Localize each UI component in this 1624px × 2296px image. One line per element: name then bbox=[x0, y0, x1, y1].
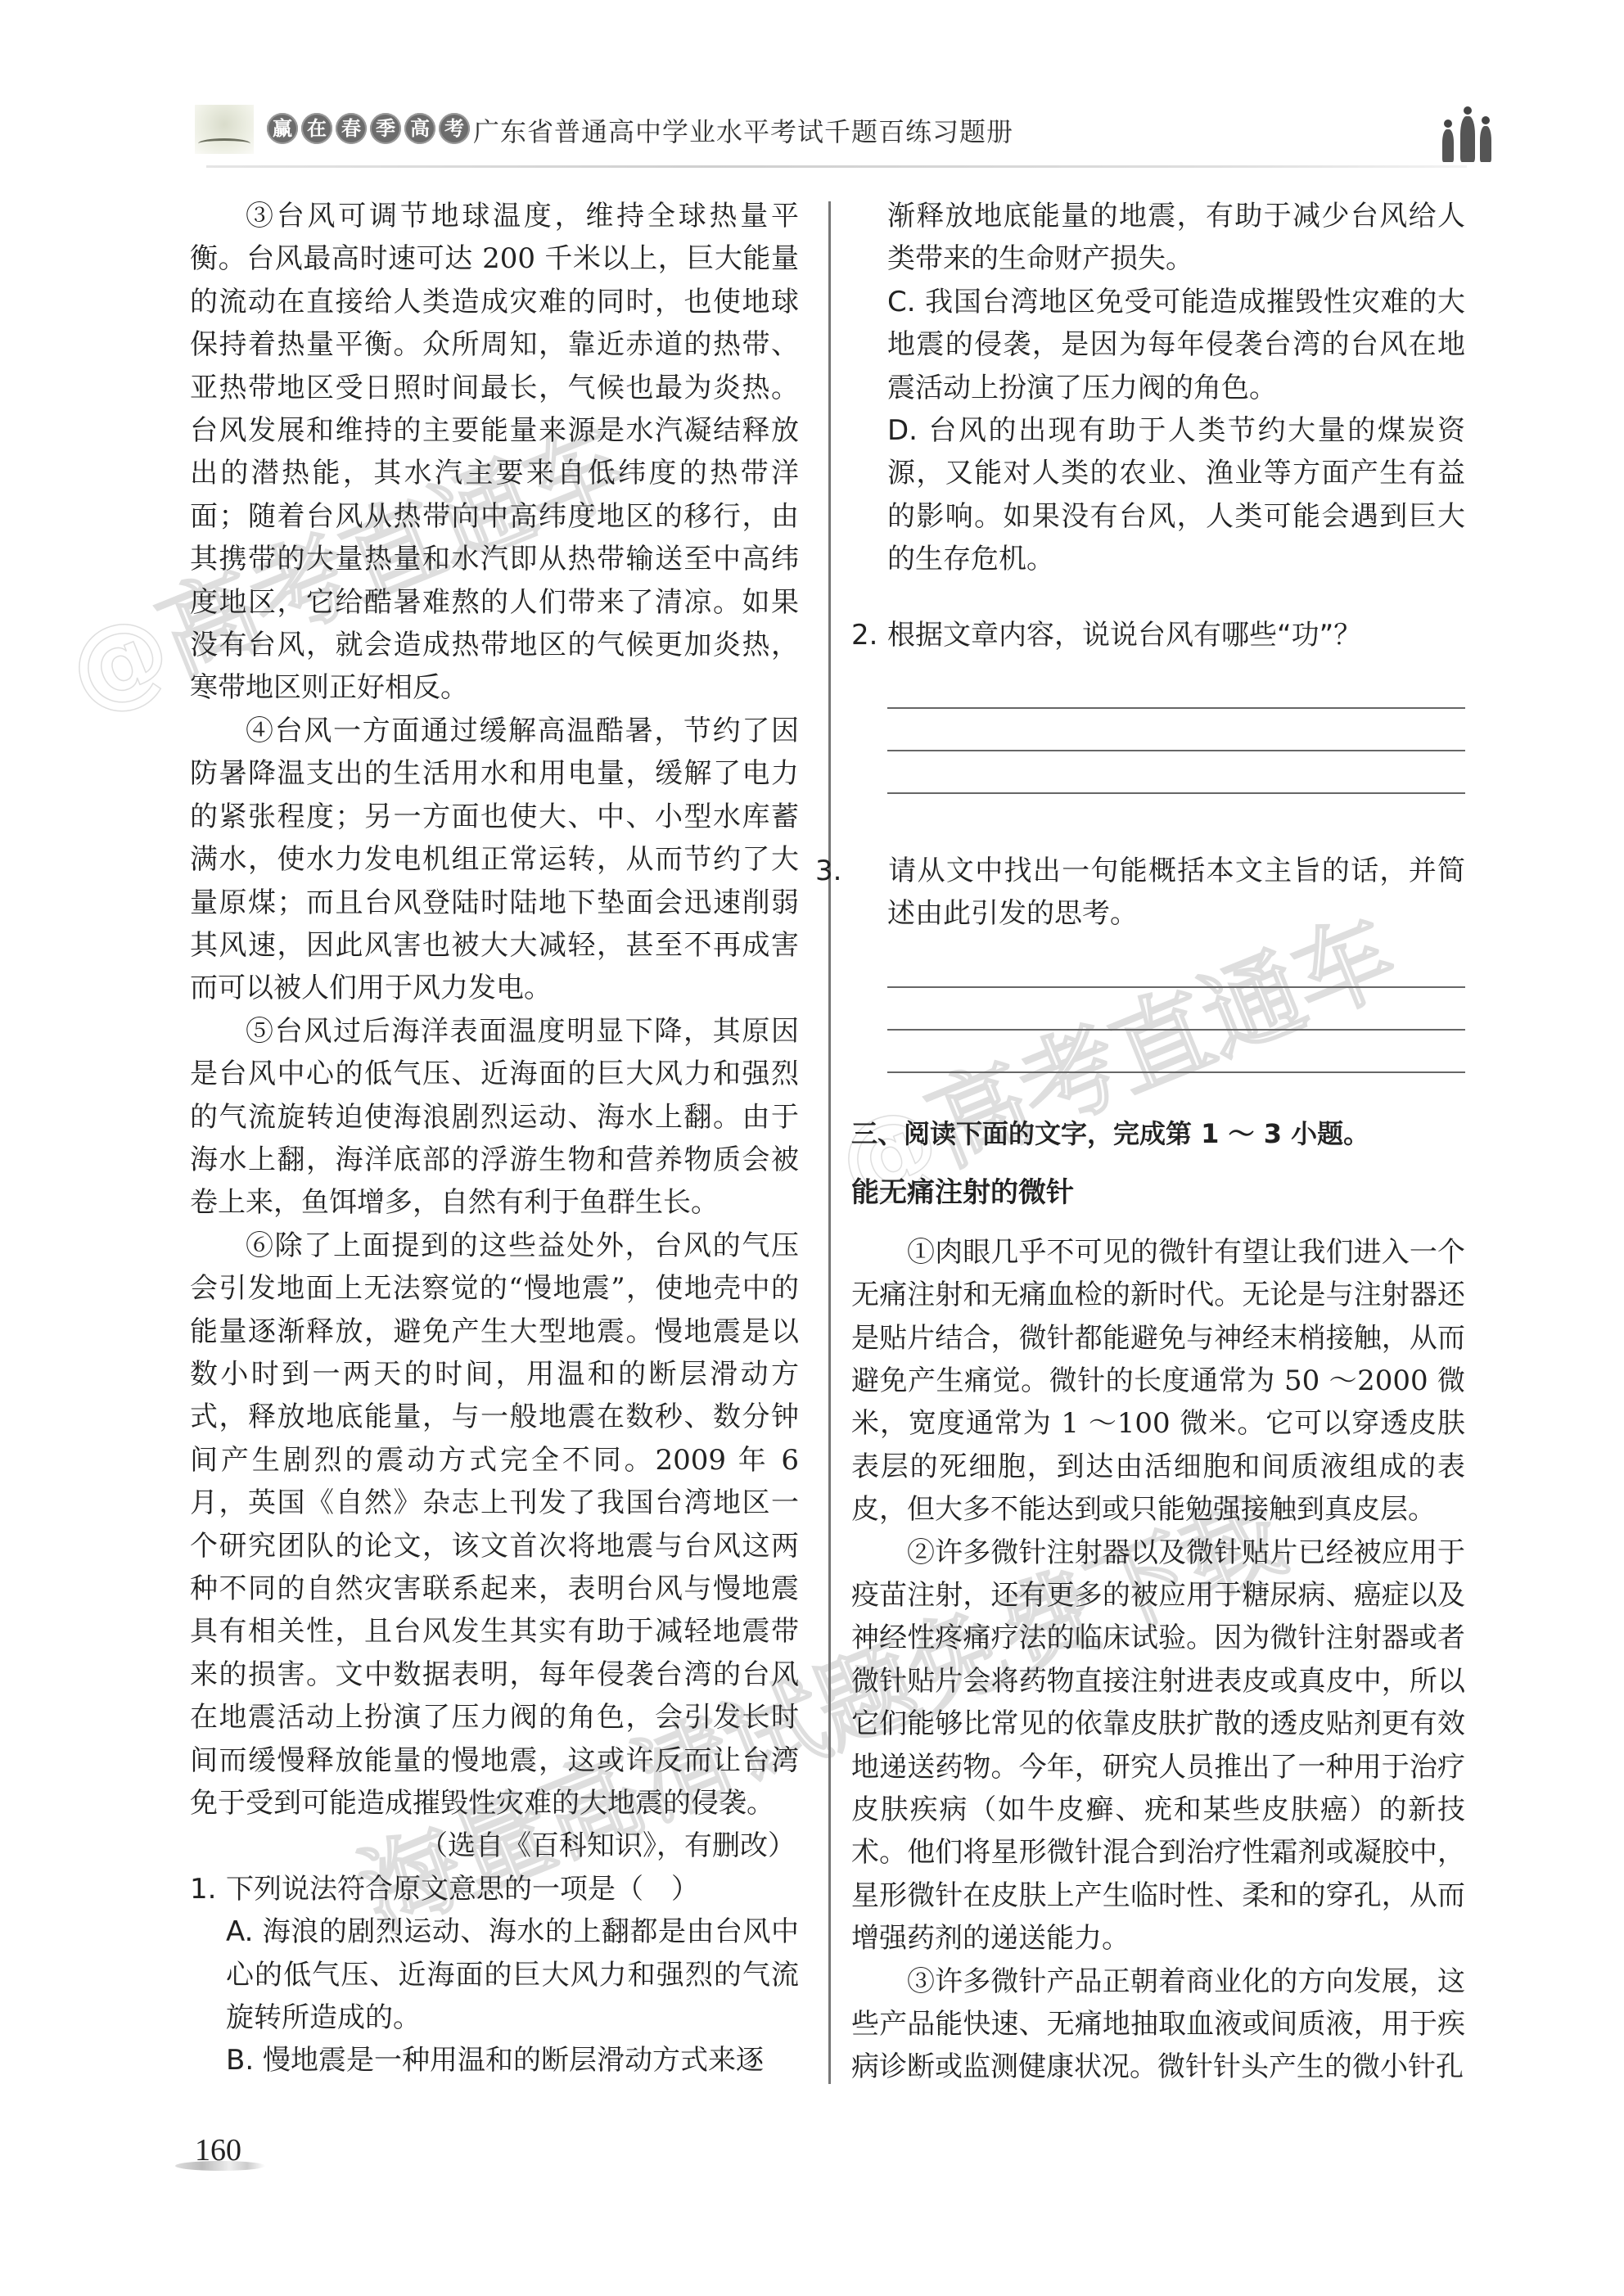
page-header: 赢 在 春 季 高 考 广东省普通高中学业水平考试千题百练习题册 bbox=[195, 97, 1504, 170]
option-label: D. bbox=[887, 414, 918, 447]
answer-line[interactable] bbox=[887, 673, 1465, 715]
right-column: 渐释放地底能量的地震，有助于减少台风给人类带来的生命财产损失。 C. 我国台湾地… bbox=[851, 195, 1465, 2089]
footer-ornament-icon bbox=[175, 2161, 265, 2171]
runners-icon bbox=[1439, 103, 1496, 162]
option-label: A. bbox=[226, 1915, 253, 1948]
answer-line[interactable] bbox=[887, 715, 1465, 758]
option-d[interactable]: D. 台风的出现有助于人类节约大量的煤炭资源，又能对人类的农业、渔业等方面产生有… bbox=[851, 409, 1465, 581]
option-c[interactable]: C. 我国台湾地区免受可能造成摧毁性灾难的大地震的侵袭，是因为每年侵袭台湾的台风… bbox=[851, 281, 1465, 409]
question-1: 1.下列说法符合原文意思的一项是（ ） A. 海浪的剧烈运动、海水的上翻都是由台… bbox=[190, 1868, 799, 2082]
badge-char: 季 bbox=[370, 113, 401, 144]
question-stem: 下列说法符合原文意思的一项是（ ） bbox=[226, 1873, 699, 1906]
question-number: 1. bbox=[190, 1868, 226, 1910]
option-b[interactable]: B. 慢地震是一种用温和的断层滑动方式来逐 bbox=[190, 2039, 799, 2082]
article-paragraph-1: ①肉眼几乎不可见的微针有望让我们进入一个无痛注射和无痛血检的新时代。无论是与注射… bbox=[851, 1231, 1465, 1531]
passage-source: （选自《百科知识》，有删改） bbox=[190, 1825, 799, 1867]
badge-char: 考 bbox=[439, 113, 470, 144]
article-paragraph-3: ③许多微针产品正朝着商业化的方向发展，这些产品能快速、无痛地抽取血液或间质液，用… bbox=[851, 1960, 1465, 2089]
option-text: 海浪的剧烈运动、海水的上翻都是由台风中心的低气压、近海面的巨大风力和强烈的气流旋… bbox=[226, 1915, 799, 2034]
question-3: 3.请从文中找出一句能概括本文主旨的话，并简述由此引发的思考。 bbox=[851, 850, 1465, 1080]
option-a[interactable]: A. 海浪的剧烈运动、海水的上翻都是由台风中心的低气压、近海面的巨大风力和强烈的… bbox=[190, 1910, 799, 2039]
question-number: 2. bbox=[851, 614, 887, 656]
option-label: B. bbox=[226, 2044, 254, 2077]
option-b-continued: 渐释放地底能量的地震，有助于减少台风给人类带来的生命财产损失。 bbox=[851, 195, 1465, 281]
passage-paragraph-6: ⑥除了上面提到的这些益处外，台风的气压会引发地面上无法察觉的“慢地震”，使地壳中… bbox=[190, 1225, 799, 1825]
question-number: 3. bbox=[851, 850, 887, 892]
answer-line[interactable] bbox=[887, 1037, 1465, 1080]
option-text: 台风的出现有助于人类节约大量的煤炭资源，又能对人类的农业、渔业等方面产生有益的影… bbox=[887, 414, 1465, 575]
option-label: C. bbox=[887, 286, 916, 318]
header-rule bbox=[206, 165, 1467, 168]
question-text: 请从文中找出一句能概括本文主旨的话，并简述由此引发的思考。 bbox=[887, 855, 1465, 930]
answer-line[interactable] bbox=[887, 952, 1465, 995]
passage-paragraph-4: ④台风一方面通过缓解高温酷暑，节约了因防暑降温支出的生活用水和用电量，缓解了电力… bbox=[190, 710, 799, 1010]
question-text: 根据文章内容，说说台风有哪些“功”？ bbox=[887, 619, 1361, 652]
question-2: 2.根据文章内容，说说台风有哪些“功”？ bbox=[851, 614, 1465, 801]
answer-line[interactable] bbox=[887, 758, 1465, 801]
article-title: 能无痛注射的微针 bbox=[851, 1171, 1465, 1214]
passage-paragraph-5: ⑤台风过后海洋表面温度明显下降，其原因是台风中心的低气压、近海面的巨大风力和强烈… bbox=[190, 1010, 799, 1225]
series-badges: 赢 在 春 季 高 考 bbox=[267, 113, 470, 144]
option-text: 我国台湾地区免受可能造成摧毁性灾难的大地震的侵袭，是因为每年侵袭台湾的台风在地震… bbox=[887, 286, 1465, 404]
article-body: ①肉眼几乎不可见的微针有望让我们进入一个无痛注射和无痛血检的新时代。无论是与注射… bbox=[851, 1231, 1465, 2089]
answer-line[interactable] bbox=[887, 995, 1465, 1037]
section-heading: 三、阅读下面的文字，完成第 1 ～ 3 小题。 bbox=[851, 1112, 1465, 1155]
badge-char: 高 bbox=[404, 113, 435, 144]
badge-char: 春 bbox=[336, 113, 367, 144]
badge-char: 赢 bbox=[267, 113, 298, 144]
left-column: ③台风可调节地球温度，维持全球热量平衡。台风最高时速可达 200 千米以上，巨大… bbox=[190, 195, 799, 2082]
option-text: 慢地震是一种用温和的断层滑动方式来逐 bbox=[263, 2044, 764, 2077]
book-logo-icon bbox=[195, 105, 254, 154]
article-paragraph-2: ②许多微针注射器以及微针贴片已经被应用于疫苗注射，还有更多的被应用于糖尿病、癌症… bbox=[851, 1531, 1465, 1960]
badge-char: 在 bbox=[301, 113, 332, 144]
column-divider bbox=[828, 201, 831, 2084]
series-title: 广东省普通高中学业水平考试千题百练习题册 bbox=[473, 111, 1013, 149]
passage-paragraph-3: ③台风可调节地球温度，维持全球热量平衡。台风最高时速可达 200 千米以上，巨大… bbox=[190, 195, 799, 710]
